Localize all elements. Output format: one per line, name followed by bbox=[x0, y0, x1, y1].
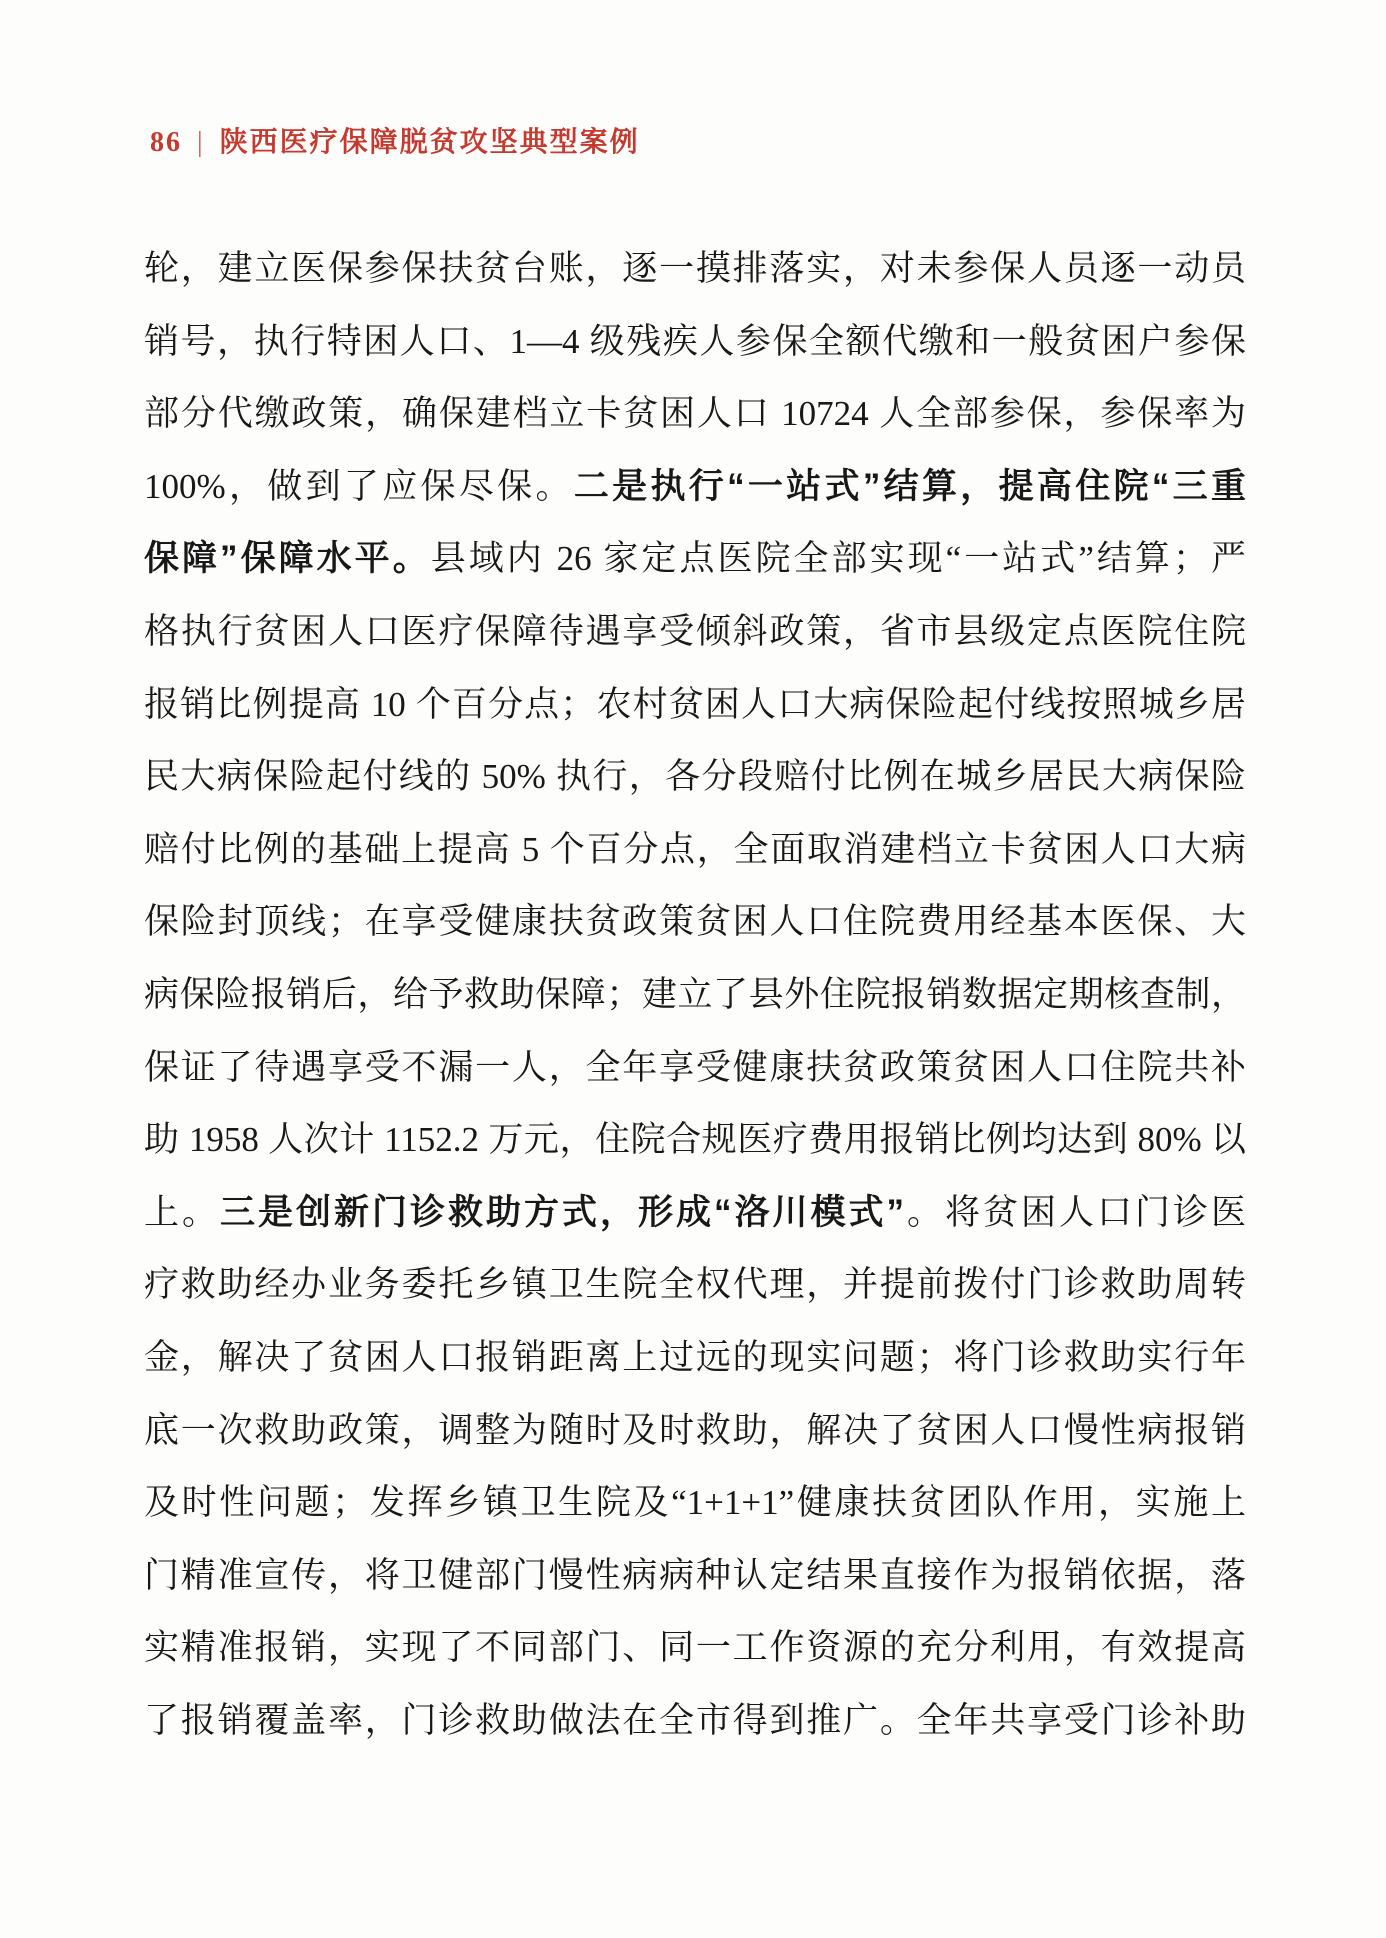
text-run: 。将贫困人口门诊医 bbox=[904, 1193, 1246, 1232]
text-line: 助 1958 人次计 1152.2 万元，住院合规医疗费用报销比例均达到 80%… bbox=[144, 1104, 1246, 1177]
text-line: 实精准报销，实现了不同部门、同一工作资源的充分利用，有效提高 bbox=[144, 1612, 1246, 1685]
text-run: 保证了待遇享受不漏一人，全年享受健康扶贫政策贫困人口住院共补 bbox=[144, 1048, 1246, 1087]
emphasis-run: 保障”保障水平。 bbox=[144, 539, 431, 578]
text-line: 民大病保险起付线的 50% 执行，各分段赔付比例在城乡居民大病保险 bbox=[144, 741, 1246, 814]
text-line: 保障”保障水平。县域内 26 家定点医院全部实现“一站式”结算；严 bbox=[144, 523, 1246, 596]
text-line: 疗救助经办业务委托乡镇卫生院全权代理，并提前拨付门诊救助周转 bbox=[144, 1249, 1246, 1322]
text-line: 底一次救助政策，调整为随时及时救助，解决了贫困人口慢性病报销 bbox=[144, 1395, 1246, 1468]
text-line: 及时性问题；发挥乡镇卫生院及“1+1+1”健康扶贫团队作用，实施上 bbox=[144, 1467, 1246, 1540]
text-run: 部分代缴政策，确保建档立卡贫困人口 10724 人全部参保，参保率为 bbox=[144, 394, 1246, 433]
text-run: 报销比例提高 10 个百分点；农村贫困人口大病保险起付线按照城乡居 bbox=[144, 685, 1246, 724]
text-line: 赔付比例的基础上提高 5 个百分点，全面取消建档立卡贫困人口大病 bbox=[144, 814, 1246, 887]
text-line: 保证了待遇享受不漏一人，全年享受健康扶贫政策贫困人口住院共补 bbox=[144, 1032, 1246, 1105]
emphasis-run: 三是创新门诊救助方式，形成“洛川模式” bbox=[220, 1193, 904, 1232]
text-line: 部分代缴政策，确保建档立卡贫困人口 10724 人全部参保，参保率为 bbox=[144, 378, 1246, 451]
text-run: 轮，建立医保参保扶贫台账，逐一摸排落实，对未参保人员逐一动员 bbox=[144, 249, 1246, 288]
text-line: 销号，执行特困人口、1—4 级残疾人参保全额代缴和一般贫困户参保 bbox=[144, 306, 1246, 379]
text-run: 金，解决了贫困人口报销距离上过远的现实问题；将门诊救助实行年 bbox=[144, 1338, 1246, 1377]
text-run: 实精准报销，实现了不同部门、同一工作资源的充分利用，有效提高 bbox=[144, 1628, 1246, 1667]
text-run: 100%，做到了应保尽保。 bbox=[144, 467, 574, 506]
text-run: 上。 bbox=[144, 1193, 220, 1232]
text-line: 保险封顶线；在享受健康扶贫政策贫困人口住院费用经基本医保、大 bbox=[144, 886, 1246, 959]
text-run: 格执行贫困人口医疗保障待遇享受倾斜政策，省市县级定点医院住院 bbox=[144, 612, 1246, 651]
text-line: 金，解决了贫困人口报销距离上过远的现实问题；将门诊救助实行年 bbox=[144, 1322, 1246, 1395]
page-number: 86 bbox=[150, 127, 182, 159]
page-header: 86 | 陕西医疗保障脱贫攻坚典型案例 bbox=[150, 120, 640, 160]
text-run: 保险封顶线；在享受健康扶贫政策贫困人口住院费用经基本医保、大 bbox=[144, 902, 1246, 941]
text-run: 了报销覆盖率，门诊救助做法在全市得到推广。全年共享受门诊补助 bbox=[144, 1701, 1246, 1740]
text-line: 轮，建立医保参保扶贫台账，逐一摸排落实，对未参保人员逐一动员 bbox=[144, 233, 1246, 306]
text-run: 及时性问题；发挥乡镇卫生院及“1+1+1”健康扶贫团队作用，实施上 bbox=[144, 1483, 1246, 1522]
text-run: 门精准宣传，将卫健部门慢性病病种认定结果直接作为报销依据，落 bbox=[144, 1556, 1246, 1595]
text-run: 销号，执行特困人口、1—4 级残疾人参保全额代缴和一般贫困户参保 bbox=[144, 322, 1246, 361]
text-line: 门精准宣传，将卫健部门慢性病病种认定结果直接作为报销依据，落 bbox=[144, 1540, 1246, 1613]
text-line: 上。三是创新门诊救助方式，形成“洛川模式”。将贫困人口门诊医 bbox=[144, 1177, 1246, 1250]
text-line: 100%，做到了应保尽保。二是执行“一站式”结算，提高住院“三重 bbox=[144, 451, 1246, 524]
text-line: 报销比例提高 10 个百分点；农村贫困人口大病保险起付线按照城乡居 bbox=[144, 669, 1246, 742]
text-line: 格执行贫困人口医疗保障待遇享受倾斜政策，省市县级定点医院住院 bbox=[144, 596, 1246, 669]
document-page: 86 | 陕西医疗保障脱贫攻坚典型案例 轮，建立医保参保扶贫台账，逐一摸排落实，… bbox=[0, 0, 1386, 1938]
emphasis-run: 二是执行“一站式”结算，提高住院“三重 bbox=[574, 467, 1246, 506]
text-run: 民大病保险起付线的 50% 执行，各分段赔付比例在城乡居民大病保险 bbox=[144, 757, 1246, 796]
text-run: 助 1958 人次计 1152.2 万元，住院合规医疗费用报销比例均达到 80%… bbox=[144, 1120, 1246, 1159]
body-text: 轮，建立医保参保扶贫台账，逐一摸排落实，对未参保人员逐一动员销号，执行特困人口、… bbox=[144, 233, 1246, 1757]
header-separator: | bbox=[197, 127, 205, 159]
text-run: 县域内 26 家定点医院全部实现“一站式”结算；严 bbox=[431, 539, 1246, 578]
text-run: 疗救助经办业务委托乡镇卫生院全权代理，并提前拨付门诊救助周转 bbox=[144, 1265, 1246, 1304]
text-line: 病保险报销后，给予救助保障；建立了县外住院报销数据定期核查制， bbox=[144, 959, 1246, 1032]
header-title: 陕西医疗保障脱贫攻坚典型案例 bbox=[220, 120, 640, 160]
text-run: 底一次救助政策，调整为随时及时救助，解决了贫困人口慢性病报销 bbox=[144, 1411, 1246, 1450]
text-line: 了报销覆盖率，门诊救助做法在全市得到推广。全年共享受门诊补助 bbox=[144, 1685, 1246, 1758]
text-run: 赔付比例的基础上提高 5 个百分点，全面取消建档立卡贫困人口大病 bbox=[144, 830, 1246, 869]
text-run: 病保险报销后，给予救助保障；建立了县外住院报销数据定期核查制， bbox=[144, 975, 1246, 1014]
